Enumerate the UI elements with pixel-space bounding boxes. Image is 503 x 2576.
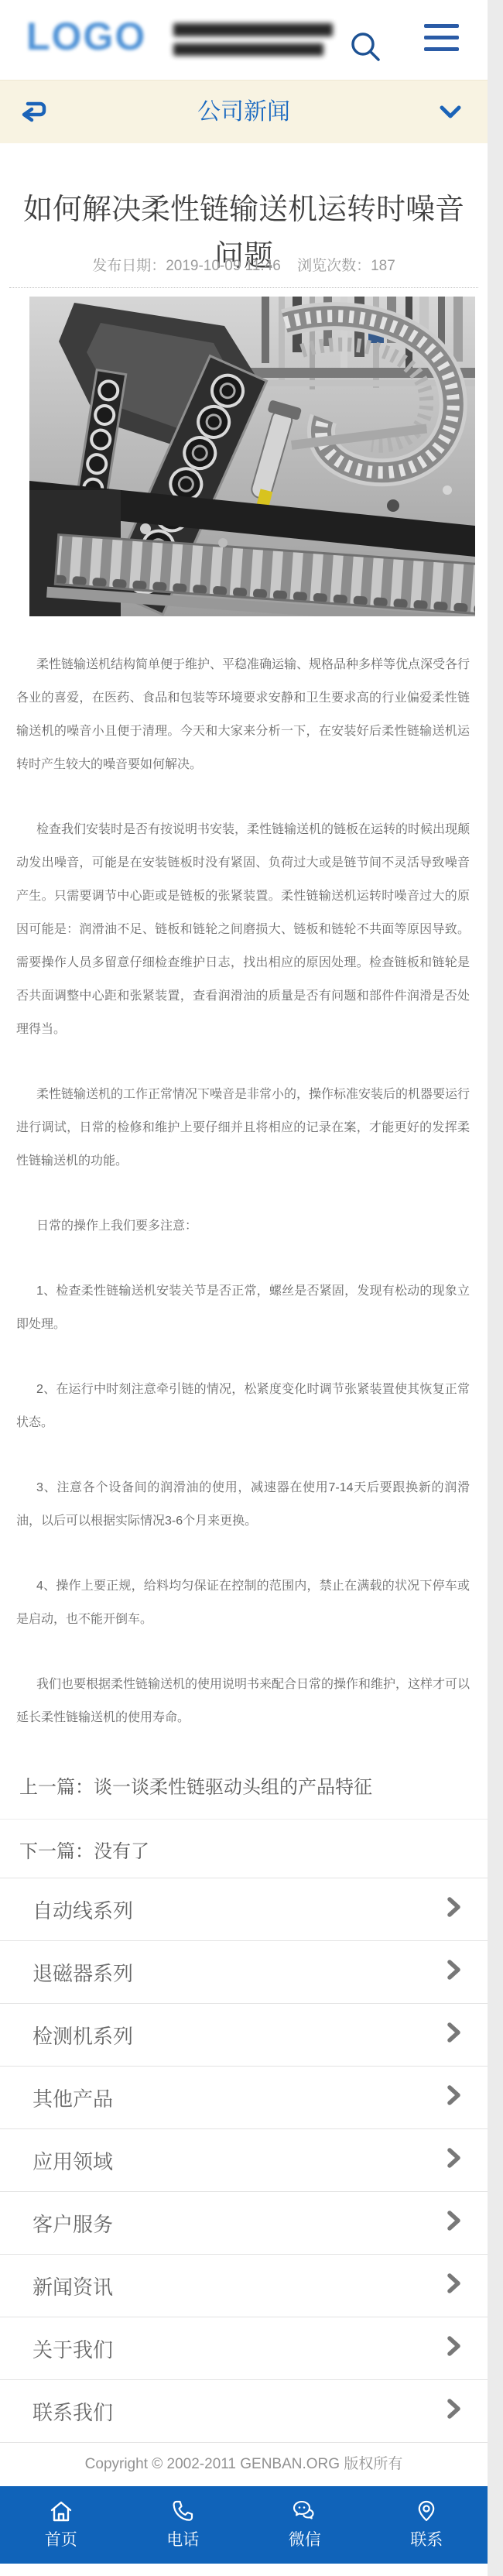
article-paragraph: 我们也要根据柔性链输送机的使用说明书来配合日常的操作和维护，这样才可以延长柔性链… [16, 1668, 470, 1734]
breadcrumb-bar: 公司新闻 [0, 80, 488, 143]
mobile-screen: LOGO 公司新闻 [0, 0, 503, 2576]
chevron-right-icon [447, 2084, 461, 2111]
wechat-icon [292, 2499, 318, 2523]
menu-item-label: 新闻资讯 [33, 2272, 113, 2300]
view-count: 浏览次数：187 [297, 258, 395, 274]
category-menu: 自动线系列 退磁器系列 [0, 1878, 488, 2443]
menu-item-label: 自动线系列 [33, 1895, 133, 1924]
menu-item-label: 应用领域 [33, 2146, 113, 2175]
article-meta: 发布日期：2019-10-09 11:46 浏览次数：187 [0, 254, 488, 275]
chevron-down-icon[interactable] [438, 101, 463, 123]
menu-item-label: 关于我们 [33, 2334, 113, 2363]
tab-phone[interactable]: 电话 [122, 2486, 245, 2564]
scrollbar-track[interactable] [488, 0, 503, 2576]
page: LOGO 公司新闻 [0, 0, 488, 2576]
menu-item[interactable]: 关于我们 [0, 2317, 488, 2380]
chevron-right-icon [447, 2022, 461, 2049]
tab-contact[interactable]: 联系 [366, 2486, 488, 2564]
copyright-text: Copyright © 2002-2011 GENBAN.ORG 版权所有 [0, 2442, 488, 2486]
site-header: LOGO [0, 0, 488, 80]
article-body: 柔性链输送机结构简单便于维护、平稳准确运输、规格品种多样等优点深受各行各业的喜爱… [16, 616, 470, 1734]
menu-item[interactable]: 检测机系列 [0, 2004, 488, 2067]
tab-label: 联系 [410, 2527, 443, 2550]
chevron-right-icon [447, 2398, 461, 2425]
bottom-tabbar: 首页 电话 微信 [0, 2486, 488, 2564]
article-paragraph: 日常的操作上我们要多注意： [16, 1209, 470, 1243]
phone-icon [171, 2499, 194, 2523]
dotted-divider [9, 287, 478, 288]
menu-item[interactable]: 新闻资讯 [0, 2255, 488, 2317]
prev-next-nav: 上一篇：谈一谈柔性链驱动头组的产品特征 下一篇：没有了 [0, 1751, 488, 1879]
article-paragraph: 1、检查柔性链输送机安装关节是否正常，螺丝是否紧固，发现有松动的现象立即处理。 [16, 1274, 470, 1341]
next-article-row: 下一篇：没有了 [0, 1820, 488, 1879]
chevron-right-icon [447, 2335, 461, 2362]
location-icon [415, 2499, 438, 2523]
chevron-right-icon [447, 2210, 461, 2237]
article-paragraph: 柔性链输送机结构简单便于维护、平稳准确运输、规格品种多样等优点深受各行各业的喜爱… [16, 648, 470, 781]
menu-item[interactable]: 自动线系列 [0, 1878, 488, 1941]
menu-item-label: 退磁器系列 [33, 1958, 133, 1987]
menu-item-label: 客户服务 [33, 2209, 113, 2238]
publish-date: 发布日期：2019-10-09 11:46 [92, 258, 281, 274]
article-paragraph: 4、操作上要正规，给料均匀保证在控制的范围内，禁止在满载的状况下停车或是启动，也… [16, 1569, 470, 1636]
chevron-right-icon [447, 1896, 461, 1923]
chevron-right-icon [447, 2272, 461, 2300]
prev-article-text: 上一篇：谈一谈柔性链驱动头组的产品特征 [19, 1772, 372, 1799]
chevron-right-icon [447, 1959, 461, 1986]
breadcrumb-title: 公司新闻 [0, 81, 488, 144]
article-paragraph: 2、在运行中时刻注意牵引链的情况，松紧度变化时调节张紧装置使其恢复正常状态。 [16, 1373, 470, 1439]
prev-article-link[interactable]: 上一篇：谈一谈柔性链驱动头组的产品特征 [0, 1751, 488, 1820]
menu-item-label: 检测机系列 [33, 2021, 133, 2049]
menu-item[interactable]: 应用领域 [0, 2129, 488, 2192]
tab-label: 微信 [289, 2527, 321, 2550]
article-paragraph: 检查我们安装时是否有按说明书安装，柔性链输送机的链板在运转的时候出现颠动发出噪音… [16, 813, 470, 1046]
article-image [29, 297, 475, 616]
home-icon [49, 2499, 74, 2523]
search-icon[interactable] [348, 29, 382, 63]
redacted-text-line [173, 23, 333, 36]
article-paragraph: 柔性链输送机的工作正常情况下噪音是非常小的，操作标准安装后的机器要运行进行调试，… [16, 1078, 470, 1178]
menu-item[interactable]: 退磁器系列 [0, 1941, 488, 2004]
tab-home[interactable]: 首页 [0, 2486, 122, 2564]
menu-item-label: 联系我们 [33, 2397, 113, 2426]
menu-item[interactable]: 其他产品 [0, 2067, 488, 2129]
article-paragraph: 3、注意各个设备间的润滑油的使用，减速器在使用7-14天后要跟换新的润滑油，以后… [16, 1471, 470, 1538]
redacted-text-line [173, 43, 323, 56]
tab-wechat[interactable]: 微信 [244, 2486, 366, 2564]
tab-label: 首页 [45, 2527, 77, 2550]
menu-hamburger-icon[interactable] [424, 24, 460, 59]
next-article-text: 下一篇：没有了 [19, 1836, 149, 1863]
menu-item[interactable]: 联系我们 [0, 2380, 488, 2443]
logo-tagline-redacted [173, 23, 333, 56]
chevron-right-icon [447, 2147, 461, 2174]
menu-item[interactable]: 客户服务 [0, 2192, 488, 2255]
site-logo[interactable]: LOGO [26, 14, 146, 59]
menu-item-label: 其他产品 [33, 2084, 113, 2112]
tab-label: 电话 [166, 2527, 199, 2550]
